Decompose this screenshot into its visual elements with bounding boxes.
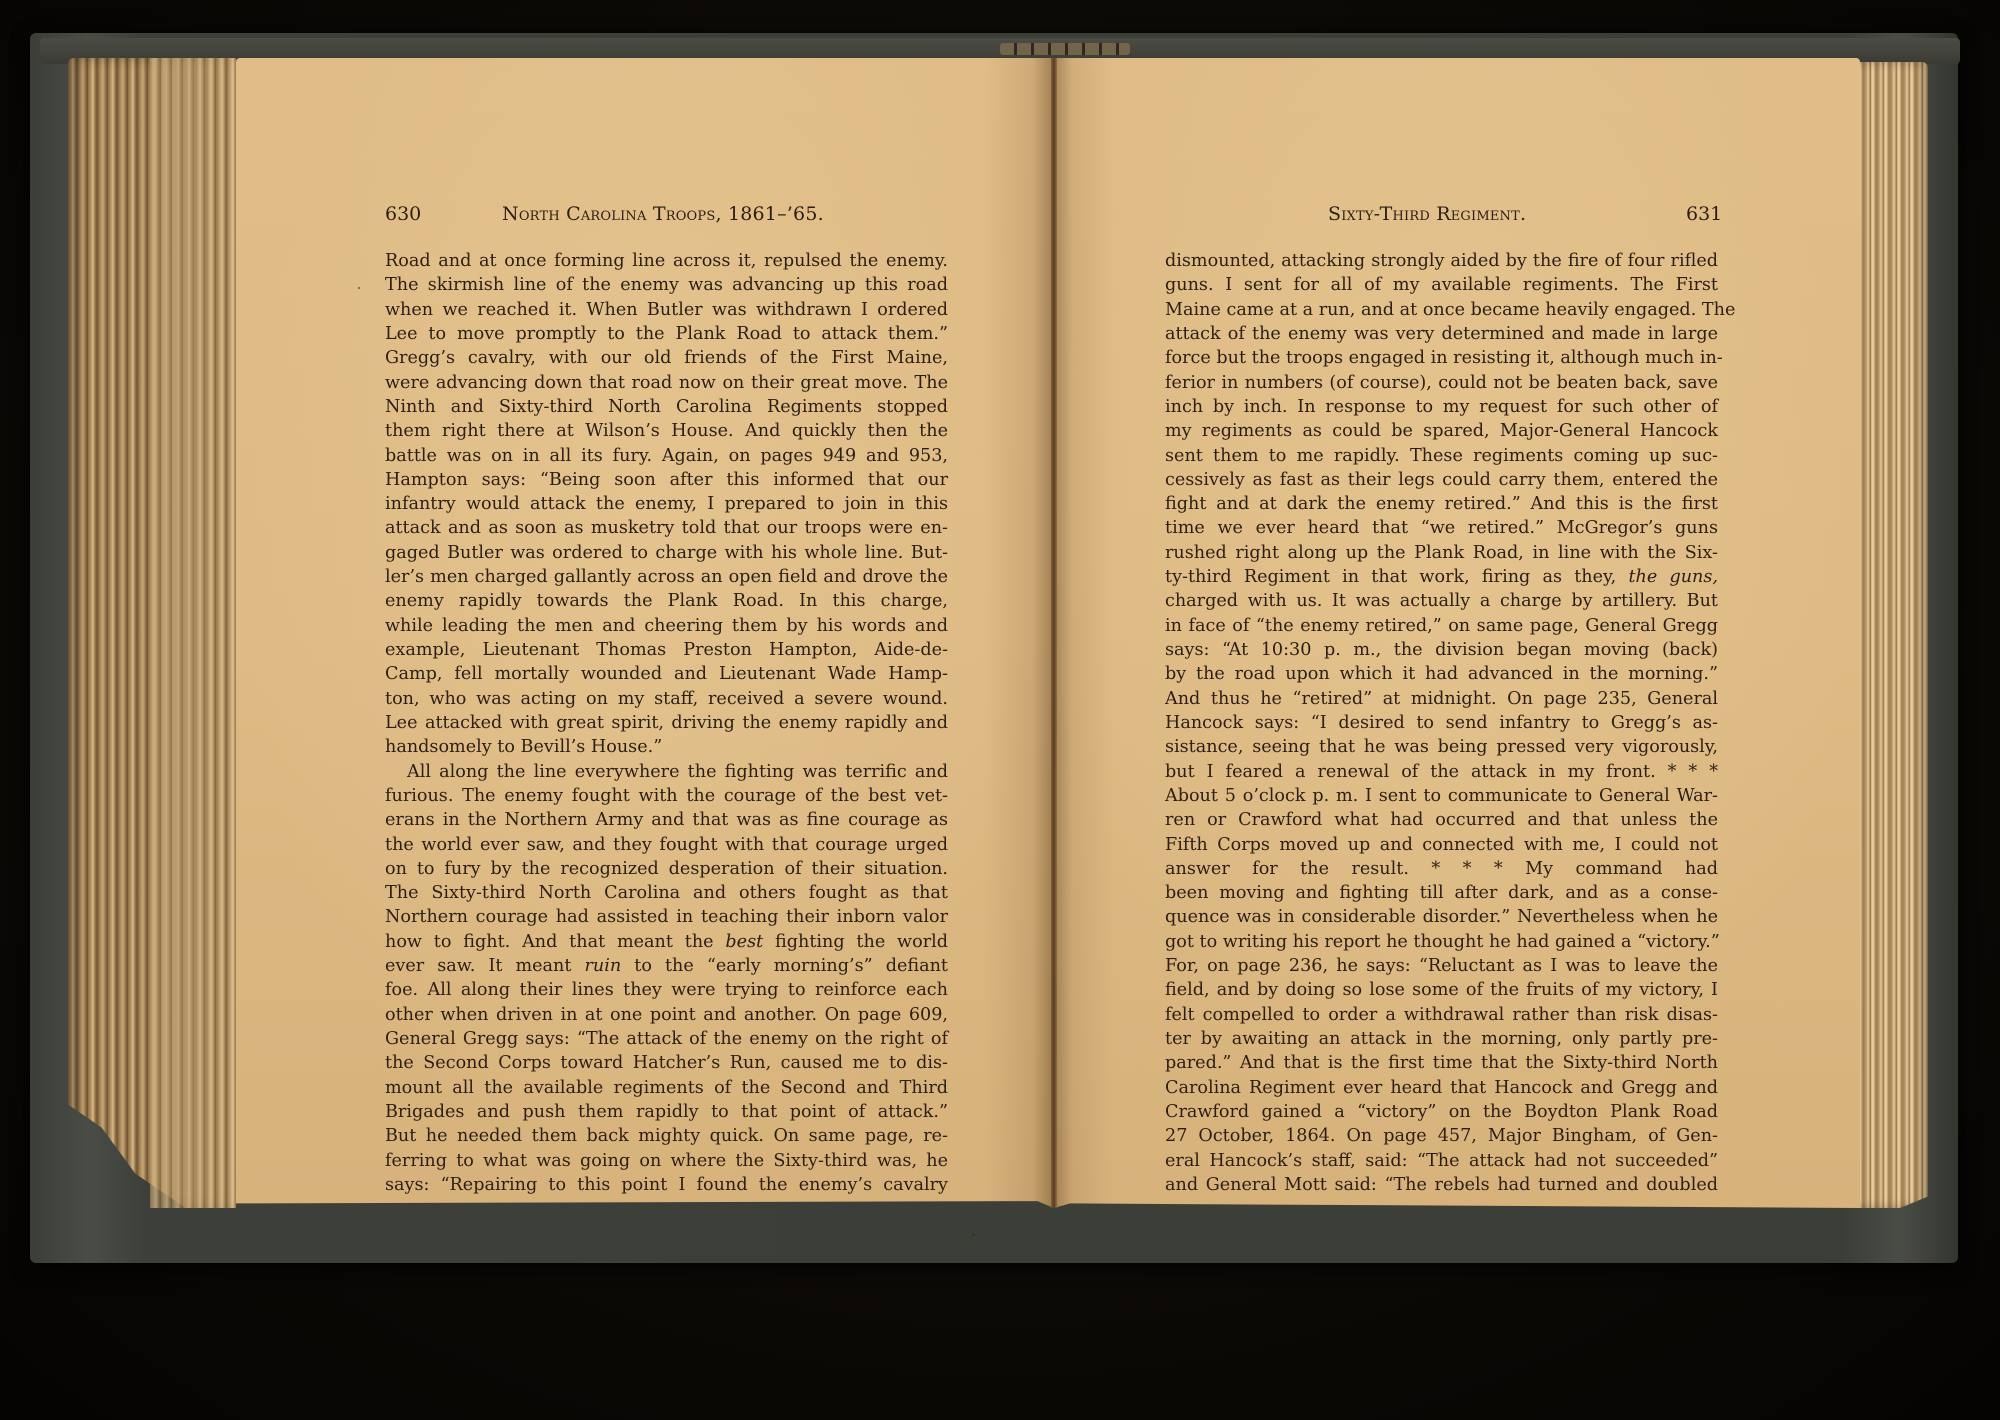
- text-line: when we reached it. When Butler was with…: [385, 298, 948, 322]
- text-line: force but the troops engaged in resistin…: [1165, 346, 1718, 370]
- italic-emphasis: ruin: [585, 956, 622, 976]
- text-line: gaged Butler was ordered to charge with …: [385, 541, 948, 565]
- text-line: attack and as soon as musketry told that…: [385, 516, 948, 540]
- text-line: charged with us. It was actually a charg…: [1165, 589, 1718, 613]
- right-page-stack-edge: [1858, 62, 1928, 1208]
- text-line: About 5 o’clock p. m. I sent to communic…: [1165, 784, 1718, 808]
- text-line: the Second Corps toward Hatcher’s Run, c…: [385, 1051, 948, 1075]
- italic-emphasis: the guns,: [1628, 567, 1718, 587]
- text-line: other when driven in at one point and an…: [385, 1003, 948, 1027]
- text-line: but I feared a renewal of the attack in …: [1165, 760, 1718, 784]
- text-line: felt compelled to order a withdrawal rat…: [1165, 1003, 1718, 1027]
- paper-speck: [972, 1233, 975, 1236]
- paragraph-start-line: All along the line everywhere the fighti…: [385, 760, 948, 784]
- left-page-stack-inner: [150, 58, 236, 1208]
- text-line: ter by awaiting an attack in the morning…: [1165, 1027, 1718, 1051]
- text-line: fight and at dark the enemy retired.” An…: [1165, 492, 1718, 516]
- text-line: Lee attacked with great spirit, driving …: [385, 711, 948, 735]
- paragraph-end-line: handsomely to Bevill’s House.”: [385, 735, 948, 759]
- text-line: General Gregg says: “The attack of the e…: [385, 1027, 948, 1051]
- text-line: Road and at once forming line across it,…: [385, 249, 948, 273]
- text-line: ler’s men charged gallantly across an op…: [385, 565, 948, 589]
- text-line: 27 October, 1864. On page 457, Major Bin…: [1165, 1124, 1718, 1148]
- text-line: erans in the Northern Army and that was …: [385, 808, 948, 832]
- text-line: Brigades and push them rapidly to that p…: [385, 1100, 948, 1124]
- text-line: by the road upon which it had advanced i…: [1165, 662, 1718, 686]
- text-line: the world ever saw, and they fought with…: [385, 833, 948, 857]
- text-line-with-italic: how to fight. And that meant the best fi…: [385, 930, 948, 954]
- text-line: Carolina Regiment ever heard that Hancoc…: [1165, 1076, 1718, 1100]
- text-line: in face of “the enemy retired,” on same …: [1165, 614, 1718, 638]
- text-line-with-italic: ever saw. It meant ruin to the “early mo…: [385, 954, 948, 978]
- text-line: Gregg’s cavalry, with our old friends of…: [385, 346, 948, 370]
- right-running-head: Sixty-Third Regiment.: [1328, 203, 1526, 225]
- text-line: The Sixty-third North Carolina and other…: [385, 881, 948, 905]
- book-scan: 630 North Carolina Troops, 1861–’65. Six…: [0, 0, 2000, 1420]
- text-line: pared.” And that is the first time that …: [1165, 1051, 1718, 1075]
- text-line: guns. I sent for all of my available reg…: [1165, 273, 1718, 297]
- text-line: Lee to move promptly to the Plank Road t…: [385, 322, 948, 346]
- text-line: Maine came at a run, and at once became …: [1165, 298, 1718, 322]
- text-line: them right there at Wilson’s House. And …: [385, 419, 948, 443]
- text-line: were advancing down that road now on the…: [385, 371, 948, 395]
- text-line: example, Lieutenant Thomas Preston Hampt…: [385, 638, 948, 662]
- paper-speck: [358, 287, 360, 289]
- left-page-number: 630: [385, 203, 421, 225]
- text-line: cessively as fast as their legs could ca…: [1165, 468, 1718, 492]
- text-line: ren or Crawford what had occurred and th…: [1165, 808, 1718, 832]
- text-line: Camp, fell mortally wounded and Lieutena…: [385, 662, 948, 686]
- text-line: foe. All along their lines they were try…: [385, 978, 948, 1002]
- left-page-text: Road and at once forming line across it,…: [385, 249, 948, 1197]
- text-line: furious. The enemy fought with the coura…: [385, 784, 948, 808]
- text-line: Ninth and Sixty-third North Carolina Reg…: [385, 395, 948, 419]
- text-line: and General Mott said: “The rebels had t…: [1165, 1173, 1718, 1197]
- text-line: been moving and fighting till after dark…: [1165, 881, 1718, 905]
- text-line: Crawford gained a “victory” on the Boydt…: [1165, 1100, 1718, 1124]
- text-line: enemy rapidly towards the Plank Road. In…: [385, 589, 948, 613]
- text-line: And thus he “retired” at midnight. On pa…: [1165, 687, 1718, 711]
- book-gutter: [1051, 58, 1057, 1208]
- text-line: inch by inch. In response to my request …: [1165, 395, 1718, 419]
- text-line: sistance, seeing that he was being press…: [1165, 735, 1718, 759]
- text-line: field, and by doing so lose some of the …: [1165, 978, 1718, 1002]
- text-line: The skirmish line of the enemy was advan…: [385, 273, 948, 297]
- right-page-text: dismounted, attacking strongly aided by …: [1165, 249, 1718, 1197]
- text-line: quence was in considerable disorder.” Ne…: [1165, 905, 1718, 929]
- text-line: my regiments as could be spared, Major-G…: [1165, 419, 1718, 443]
- text-line: while leading the men and cheering them …: [385, 614, 948, 638]
- text-line: Hancock says: “I desired to send infantr…: [1165, 711, 1718, 735]
- text-line: battle was on in all its fury. Again, on…: [385, 444, 948, 468]
- text-line: Fifth Corps moved up and connected with …: [1165, 833, 1718, 857]
- text-line: ferring to what was going on where the S…: [385, 1149, 948, 1173]
- text-line: answer for the result. * * * My command …: [1165, 857, 1718, 881]
- text-line: But he needed them back mighty quick. On…: [385, 1124, 948, 1148]
- spine-headband: [1000, 43, 1130, 55]
- text-line: time we ever heard that “we retired.” Mc…: [1165, 516, 1718, 540]
- text-line: infantry would attack the enemy, I prepa…: [385, 492, 948, 516]
- text-line: got to writing his report he thought he …: [1165, 930, 1718, 954]
- text-line: sent them to me rapidly. These regiments…: [1165, 444, 1718, 468]
- text-line: on to fury by the recognized desperation…: [385, 857, 948, 881]
- text-line: Northern courage had assisted in teachin…: [385, 905, 948, 929]
- text-line: eral Hancock’s staff, said: “The attack …: [1165, 1149, 1718, 1173]
- text-line: mount all the available regiments of the…: [385, 1076, 948, 1100]
- left-running-head: North Carolina Troops, 1861–’65.: [502, 203, 824, 225]
- text-line: says: “Repairing to this point I found t…: [385, 1173, 948, 1197]
- text-line: Hampton says: “Being soon after this inf…: [385, 468, 948, 492]
- text-line: ton, who was acting on my staff, receive…: [385, 687, 948, 711]
- text-line: For, on page 236, he says: “Reluctant as…: [1165, 954, 1718, 978]
- text-line: dismounted, attacking strongly aided by …: [1165, 249, 1718, 273]
- text-line: ferior in numbers (of course), could not…: [1165, 371, 1718, 395]
- text-line: says: “At 10:30 p. m., the division bega…: [1165, 638, 1718, 662]
- italic-emphasis: best: [725, 932, 763, 952]
- text-line: attack of the enemy was very determined …: [1165, 322, 1718, 346]
- right-page-number: 631: [1686, 203, 1722, 225]
- text-line: rushed right along up the Plank Road, in…: [1165, 541, 1718, 565]
- text-line-with-italic: ty-third Regiment in that work, firing a…: [1165, 565, 1718, 589]
